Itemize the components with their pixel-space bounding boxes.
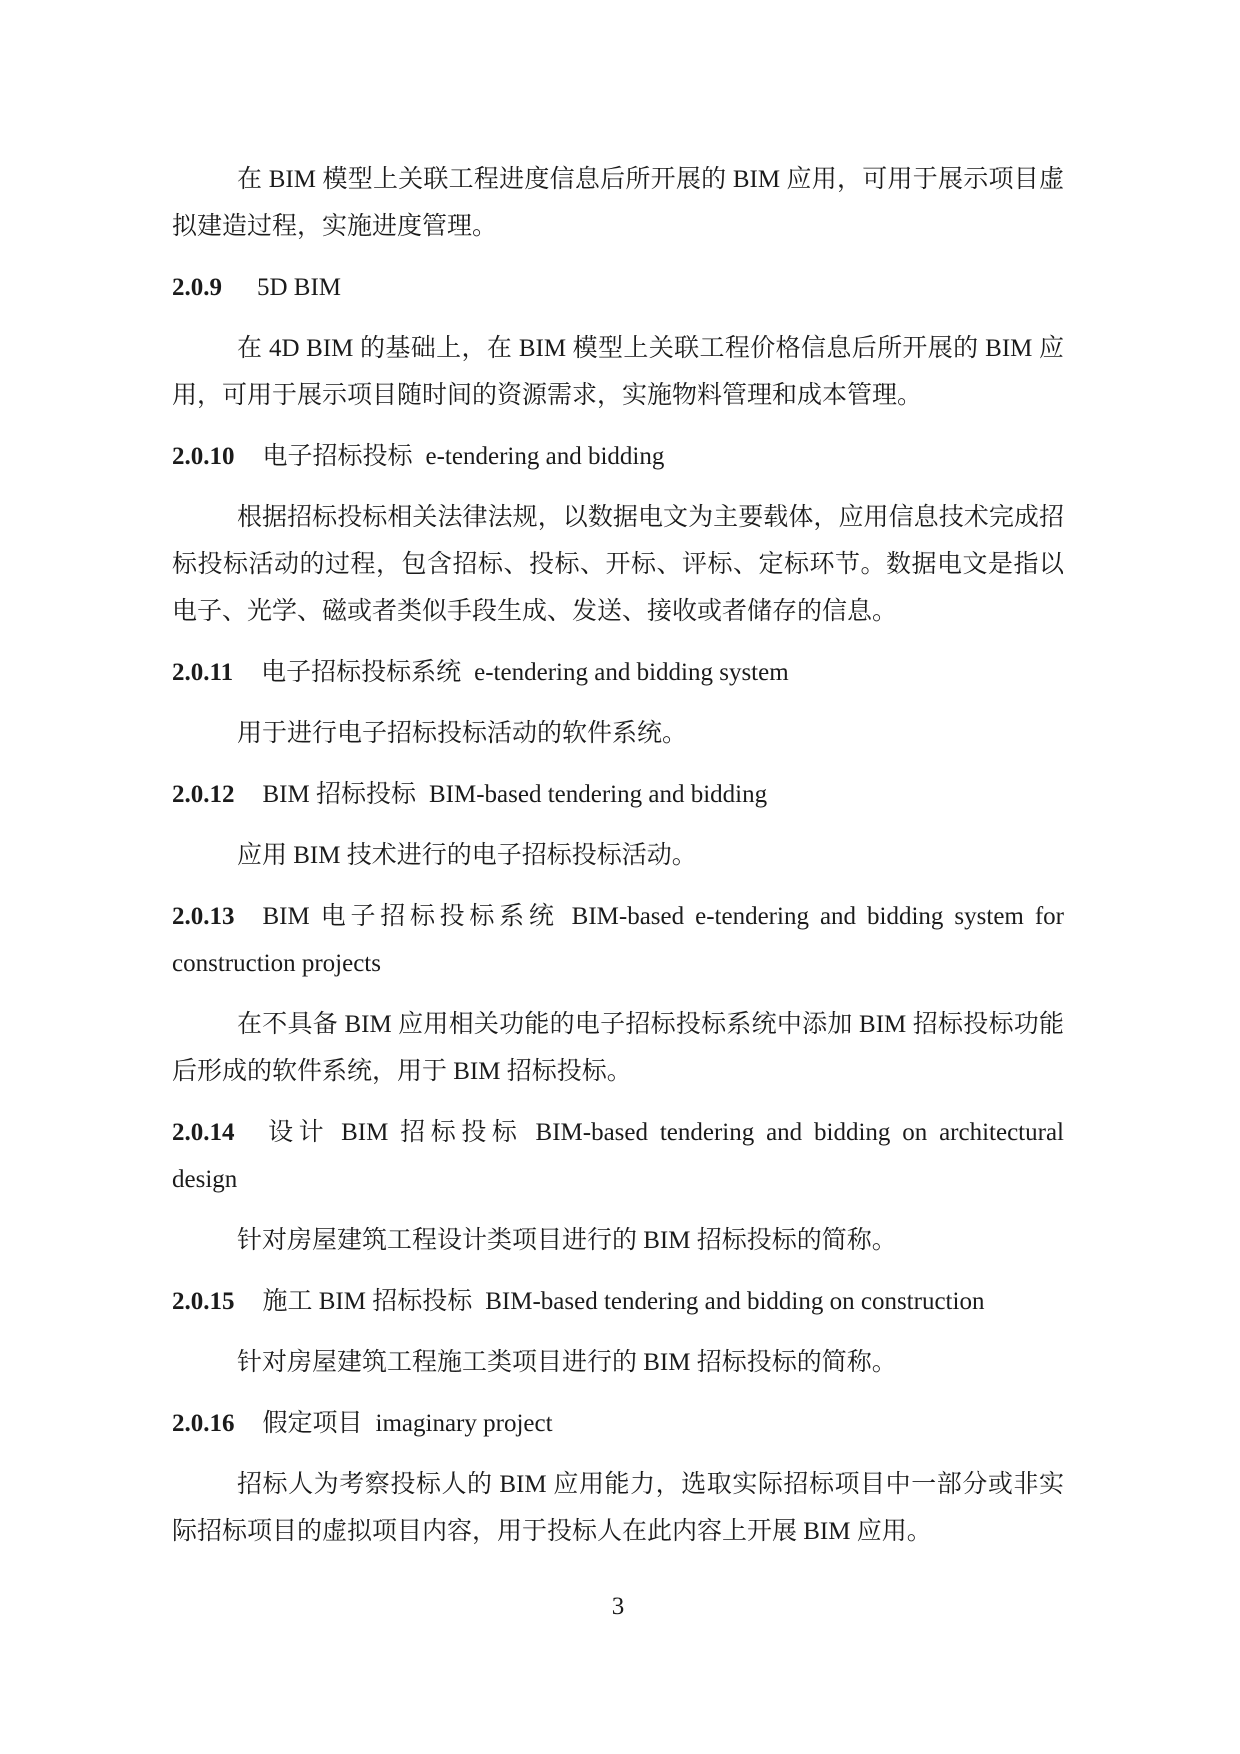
term-heading-line: 2.0.15施工 BIM 招标投标BIM-based tendering and… (172, 1278, 1064, 1325)
text-run: 针对房屋建筑工程施工类项目进行的 BIM 招标投标的简称。 (237, 1349, 897, 1376)
text-run: 电子、光学、磁或者类似手段生成、发送、接收或者储存的信息。 (172, 598, 897, 625)
section-number: 2.0.9 (172, 274, 222, 301)
term-en-continuation: construction projects (172, 950, 381, 977)
term-heading-line: 2.0.12BIM 招标投标BIM-based tendering and bi… (172, 771, 1064, 818)
body-text-line: 电子、光学、磁或者类似手段生成、发送、接收或者储存的信息。 (172, 588, 1064, 635)
body-text-line: 拟建造过程，实施进度管理。 (172, 203, 1064, 250)
body-text-line: 应用 BIM 技术进行的电子招标投标活动。 (172, 832, 1064, 879)
term-heading-line: design (172, 1156, 1064, 1203)
term-en: BIM-based e-tendering and bidding system… (572, 903, 1064, 930)
term-heading-line: 2.0.14设计 BIM 招标投标BIM-based tendering and… (172, 1109, 1064, 1156)
term-heading-line: 2.0.13BIM 电子招标投标系统BIM-based e-tendering … (172, 893, 1064, 940)
term-en: imaginary project (376, 1410, 553, 1437)
text-run: 在 BIM 模型上关联工程进度信息后所开展的 BIM 应用，可用于展示项目虚 (237, 166, 1064, 193)
body-text-line: 用于进行电子招标投标活动的软件系统。 (172, 710, 1064, 757)
text-run: 在 4D BIM 的基础上，在 BIM 模型上关联工程价格信息后所开展的 BIM… (237, 335, 1064, 362)
term-zh: 设计 BIM 招标投标 (263, 1119, 523, 1146)
term-zh: 电子招标投标 (263, 443, 413, 470)
text-run: 后形成的软件系统，用于 BIM 招标投标。 (172, 1058, 632, 1085)
term-heading-line: construction projects (172, 940, 1064, 987)
section-number: 2.0.13 (172, 903, 235, 930)
body-text-line: 招标人为考察投标人的 BIM 应用能力，选取实际招标项目中一部分或非实 (172, 1461, 1064, 1508)
term-zh: BIM 招标投标 (263, 781, 416, 808)
body-text-line: 针对房屋建筑工程设计类项目进行的 BIM 招标投标的简称。 (172, 1217, 1064, 1264)
section-number: 2.0.14 (172, 1119, 235, 1146)
term-zh: 假定项目 (263, 1410, 363, 1437)
term-heading-line: 2.0.11电子招标投标系统e-tendering and bidding sy… (172, 649, 1064, 696)
text-run: 用于进行电子招标投标活动的软件系统。 (237, 720, 687, 747)
term-heading-line: 2.0.95D BIM (172, 264, 1064, 311)
section-number: 2.0.16 (172, 1410, 235, 1437)
document-page: 在 BIM 模型上关联工程进度信息后所开展的 BIM 应用，可用于展示项目虚拟建… (0, 0, 1240, 1754)
term-heading-line: 2.0.10电子招标投标e-tendering and bidding (172, 433, 1064, 480)
section-number: 2.0.11 (172, 659, 233, 686)
section-number: 2.0.12 (172, 781, 235, 808)
text-run: 用，可用于展示项目随时间的资源需求，实施物料管理和成本管理。 (172, 382, 922, 409)
section-number: 2.0.15 (172, 1288, 235, 1315)
term-en: e-tendering and bidding (426, 443, 665, 470)
text-run: 应用 BIM 技术进行的电子招标投标活动。 (237, 842, 697, 869)
page-number: 3 (172, 1583, 1064, 1630)
text-run: 拟建造过程，实施进度管理。 (172, 213, 497, 240)
body-text-line: 后形成的软件系统，用于 BIM 招标投标。 (172, 1048, 1064, 1095)
term-heading-line: 2.0.16假定项目imaginary project (172, 1400, 1064, 1447)
term-en: 5D BIM (257, 274, 341, 301)
text-run: 根据招标投标相关法律法规，以数据电文为主要载体，应用信息技术完成招 (237, 504, 1064, 531)
text-run: 在不具备 BIM 应用相关功能的电子招标投标系统中添加 BIM 招标投标功能 (237, 1011, 1064, 1038)
term-zh: 电子招标投标系统 (261, 659, 461, 686)
term-en: BIM-based tendering and bidding (429, 781, 767, 808)
text-run: 际招标项目的虚拟项目内容，用于投标人在此内容上开展 BIM 应用。 (172, 1518, 932, 1545)
term-zh: BIM 电子招标投标系统 (263, 903, 559, 930)
body-text-line: 在 BIM 模型上关联工程进度信息后所开展的 BIM 应用，可用于展示项目虚 (172, 156, 1064, 203)
term-en: BIM-based tendering and bidding on archi… (536, 1119, 1064, 1146)
body-text-line: 根据招标投标相关法律法规，以数据电文为主要载体，应用信息技术完成招 (172, 494, 1064, 541)
body-text-line: 用，可用于展示项目随时间的资源需求，实施物料管理和成本管理。 (172, 372, 1064, 419)
term-zh: 施工 BIM 招标投标 (263, 1288, 473, 1315)
term-en-continuation: design (172, 1166, 237, 1193)
term-en: BIM-based tendering and bidding on const… (485, 1288, 984, 1315)
body-text-line: 标投标活动的过程，包含招标、投标、开标、评标、定标环节。数据电文是指以 (172, 541, 1064, 588)
body-text-line: 际招标项目的虚拟项目内容，用于投标人在此内容上开展 BIM 应用。 (172, 1508, 1064, 1555)
document-body: 在 BIM 模型上关联工程进度信息后所开展的 BIM 应用，可用于展示项目虚拟建… (172, 156, 1064, 1555)
text-run: 针对房屋建筑工程设计类项目进行的 BIM 招标投标的简称。 (237, 1227, 897, 1254)
body-text-line: 针对房屋建筑工程施工类项目进行的 BIM 招标投标的简称。 (172, 1339, 1064, 1386)
section-number: 2.0.10 (172, 443, 235, 470)
text-run: 标投标活动的过程，包含招标、投标、开标、评标、定标环节。数据电文是指以 (172, 551, 1064, 578)
text-run: 招标人为考察投标人的 BIM 应用能力，选取实际招标项目中一部分或非实 (237, 1471, 1064, 1498)
body-text-line: 在 4D BIM 的基础上，在 BIM 模型上关联工程价格信息后所开展的 BIM… (172, 325, 1064, 372)
term-en: e-tendering and bidding system (474, 659, 789, 686)
body-text-line: 在不具备 BIM 应用相关功能的电子招标投标系统中添加 BIM 招标投标功能 (172, 1001, 1064, 1048)
